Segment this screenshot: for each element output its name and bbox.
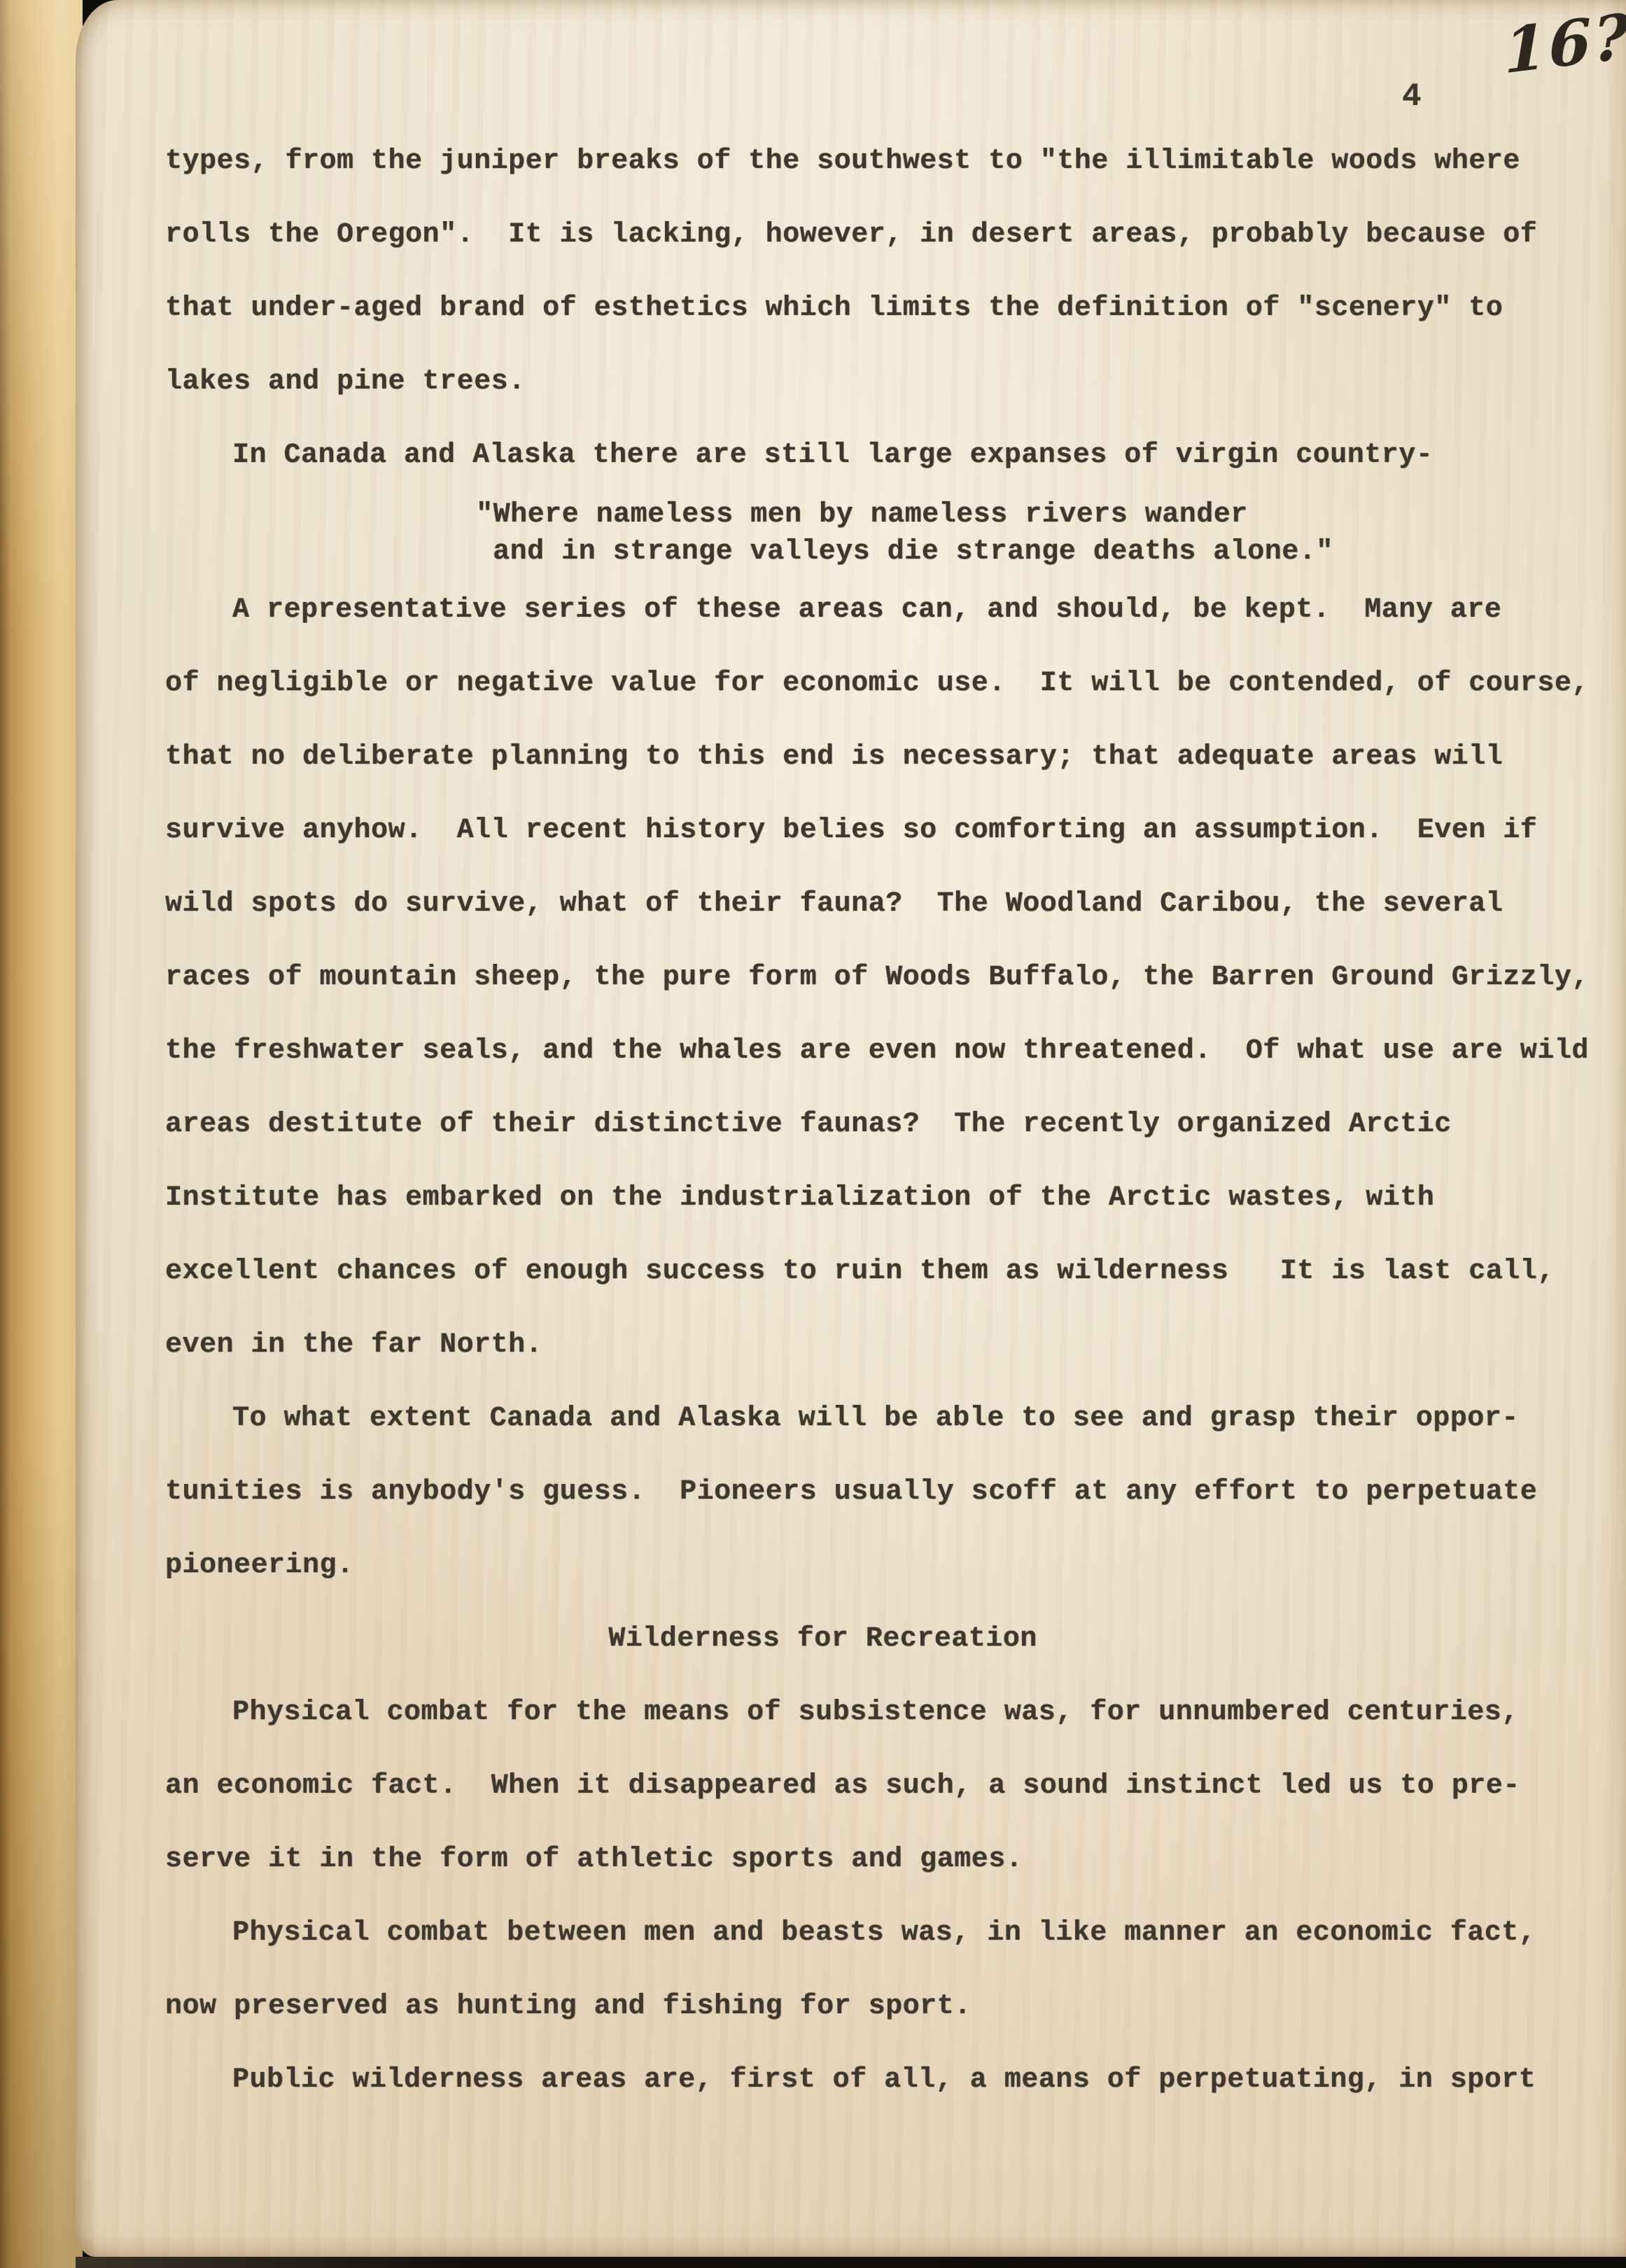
page-number: 4 [1402,78,1422,115]
typed-line: lakes and pine trees. [165,345,1564,419]
typed-line: Physical combat between men and beasts w… [165,1896,1564,1970]
typed-line: of negligible or negative value for econ… [165,647,1564,720]
typed-line: races of mountain sheep, the pure form o… [165,941,1564,1014]
binding-edge [0,0,83,2268]
typed-line: survive anyhow. All recent history belie… [165,794,1564,867]
typed-line: wild spots do survive, what of their fau… [165,867,1564,941]
typed-line: that under-aged brand of esthetics which… [165,272,1564,345]
typed-line: Institute has embarked on the industrial… [165,1161,1564,1235]
typed-line: an economic fact. When it disappeared as… [165,1749,1564,1823]
typed-line: "Where nameless men by nameless rivers w… [165,496,1564,533]
typed-line: rolls the Oregon". It is lacking, howeve… [165,198,1564,272]
typed-line: even in the far North. [165,1308,1564,1382]
typed-line: areas destitute of their distinctive fau… [165,1088,1564,1161]
typed-line: pioneering. [165,1529,1564,1602]
typed-line: the freshwater seals, and the whales are… [165,1014,1564,1088]
typed-line: Physical combat for the means of subsist… [165,1676,1564,1749]
typed-line: To what extent Canada and Alaska will be… [165,1382,1564,1455]
handwritten-annotation: 16? [1504,0,1626,87]
typed-line: A representative series of these areas c… [165,573,1564,647]
scan-bottom-edge [76,2257,1626,2268]
typed-line: serve it in the form of athletic sports … [165,1823,1564,1896]
typed-line: In Canada and Alaska there are still lar… [165,419,1564,492]
typed-line: tunities is anybody's guess. Pioneers us… [165,1455,1564,1529]
typed-line: that no deliberate planning to this end … [165,720,1564,794]
document-page: types, from the juniper breaks of the so… [76,0,1626,2257]
typed-line: Public wilderness areas are, first of al… [165,2043,1564,2117]
typed-lines: types, from the juniper breaks of the so… [165,125,1564,2117]
typed-line: now preserved as hunting and fishing for… [165,1970,1564,2043]
typed-line: and in strange valleys die strange death… [165,533,1564,570]
typed-line: types, from the juniper breaks of the so… [165,125,1564,198]
section-heading: Wilderness for Recreation [165,1602,1564,1676]
typed-line: excellent chances of enough success to r… [165,1235,1564,1308]
